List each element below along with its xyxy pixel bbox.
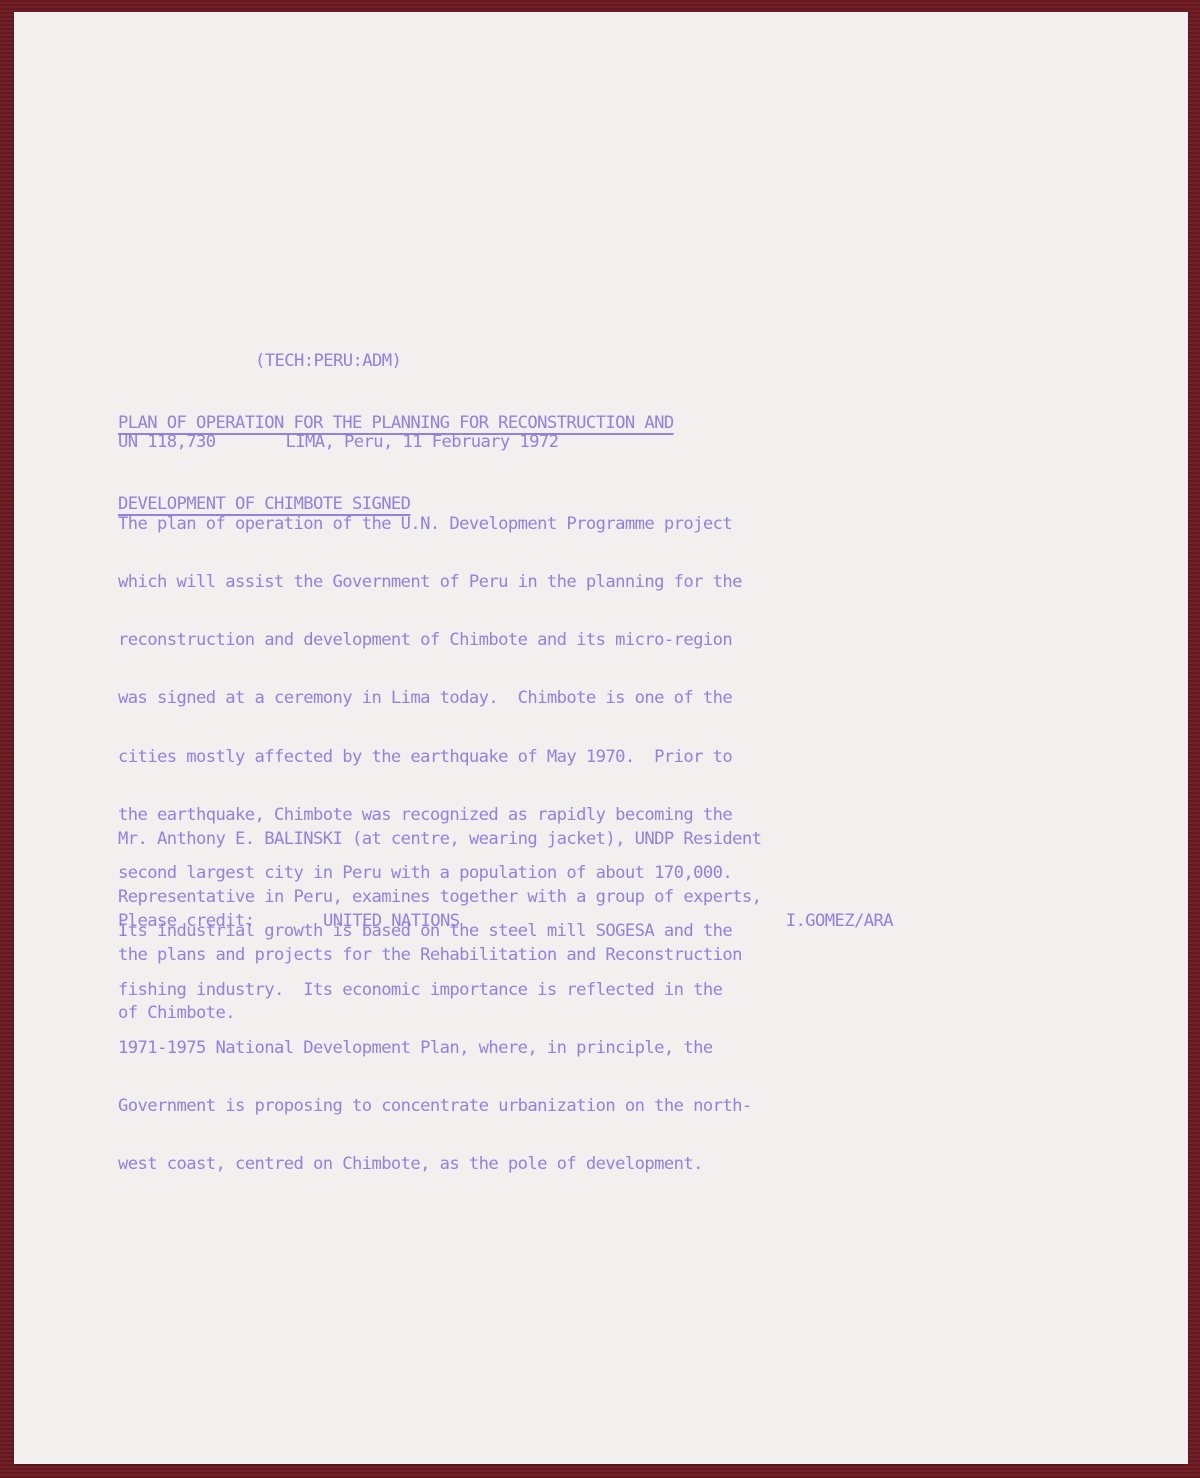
text-line: Government is proposing to concentrate u… — [118, 1097, 752, 1116]
text-line: of Chimbote. — [118, 1004, 761, 1023]
identifier-line: UN 118,730LIMA, Peru, 11 February 1972 — [118, 432, 558, 452]
text-line: was signed at a ceremony in Lima today. … — [118, 689, 752, 708]
photographer-credit: I.GOMEZ/ARA — [786, 911, 893, 931]
text-line: the plans and projects for the Rehabilit… — [118, 946, 761, 965]
text-line: cities mostly affected by the earthquake… — [118, 748, 752, 767]
text-line: Mr. Anthony E. BALINSKI (at centre, wear… — [118, 830, 761, 849]
text-line: west coast, centred on Chimbote, as the … — [118, 1155, 752, 1174]
credit-line: Please credit: UNITED NATIONS I.GOMEZ/AR… — [118, 911, 893, 931]
credit-label: Please credit: — [118, 911, 254, 931]
text-line: The plan of operation of the U.N. Develo… — [118, 515, 752, 534]
photo-number: UN 118,730 — [118, 432, 215, 452]
text-line: reconstruction and development of Chimbo… — [118, 631, 752, 650]
dateline: LIMA, Peru, 11 February 1972 — [285, 432, 558, 452]
credit-value: UNITED NATIONS — [323, 911, 459, 931]
text-line: Representative in Peru, examines togethe… — [118, 888, 761, 907]
text-line: which will assist the Government of Peru… — [118, 573, 752, 592]
document-page: (TECH:PERU:ADM) PLAN OF OPERATION FOR TH… — [14, 12, 1188, 1464]
